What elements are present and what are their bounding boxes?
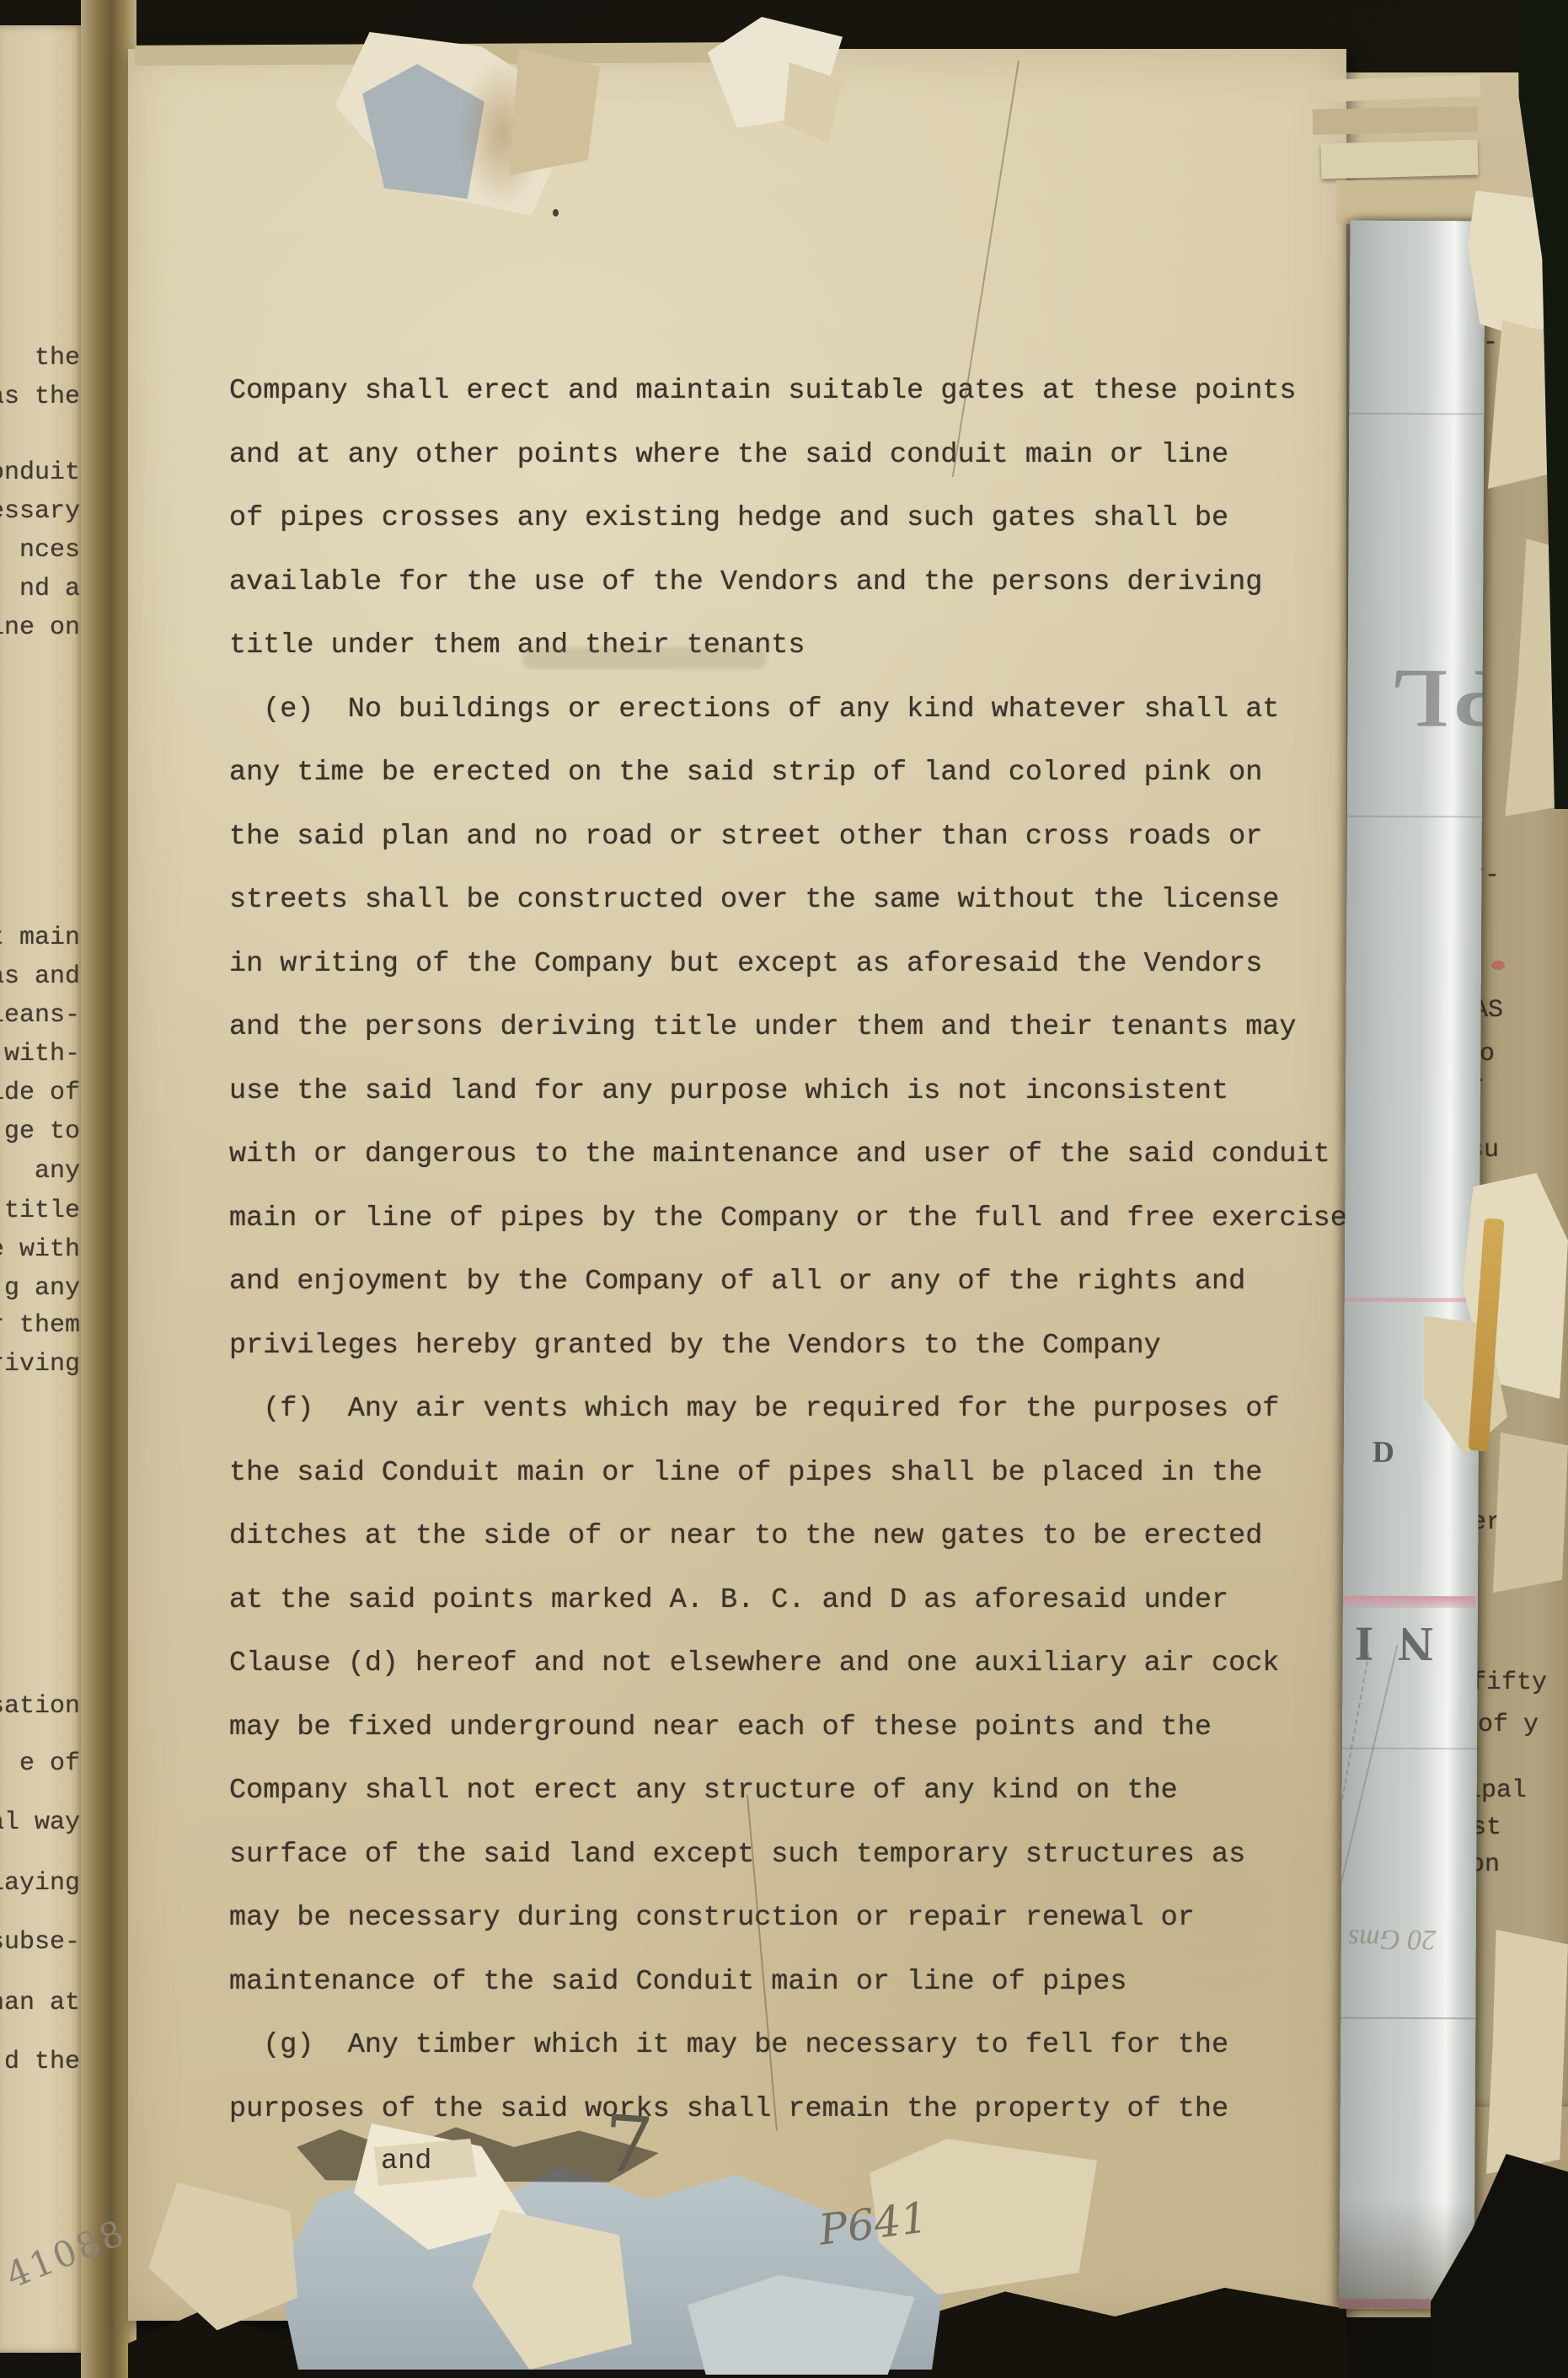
typed-line-clause-g: (g) Any timber which it may be necessary…: [229, 2014, 1358, 2078]
typed-line: Clause (d) hereof and not elsewhere and …: [229, 1632, 1358, 1696]
right-edge-text-fragment: o: [1480, 1040, 1495, 1068]
torn-line-remnant-text: and: [381, 2145, 431, 2177]
plan-ghost-letters: PL: [1384, 651, 1485, 748]
typed-line: and at any other points where the said c…: [229, 424, 1358, 488]
typed-line: ditches at the side of or near to the ne…: [229, 1505, 1358, 1569]
left-edge-text-fragment: ge to: [4, 1117, 80, 1146]
typed-line: main or line of pipes by the Company or …: [229, 1187, 1358, 1251]
left-edge-text-fragment: sation: [0, 1692, 80, 1721]
stacked-page-edge: [1336, 180, 1481, 224]
typed-line: and enjoyment by the Company of all or a…: [229, 1251, 1358, 1315]
left-edge-text-fragment: r laying: [0, 1869, 80, 1898]
typed-line: maintenance of the said Conduit main or …: [229, 1951, 1358, 2015]
typed-line: in writing of the Company but except as …: [229, 933, 1358, 997]
torn-paper-flap: [1493, 1433, 1568, 1593]
typed-line: the said Conduit main or line of pipes s…: [229, 1442, 1358, 1506]
typed-line: the said plan and no road or street othe…: [229, 806, 1358, 870]
crease-line: [1342, 1748, 1477, 1750]
crease-line: [1341, 2017, 1475, 2020]
typed-line: may be fixed underground near each of th…: [229, 1696, 1358, 1760]
left-edge-text-fragment: g title: [0, 1197, 80, 1225]
crease-line: [1349, 413, 1484, 415]
previous-page-edge: the as the onduit cessary nces nd a ine …: [0, 25, 84, 2353]
left-edge-text-fragment: ide of: [0, 1079, 80, 1107]
folded-plan-strip: PL D N I 20 Gms: [1340, 221, 1485, 2310]
left-edge-text-fragment: it main: [0, 924, 80, 952]
left-edge-text-fragment: deriving: [0, 1350, 80, 1379]
left-edge-text-fragment: g any: [4, 1274, 80, 1303]
right-edge-text-fragment: fifty: [1471, 1668, 1547, 1697]
left-edge-text-fragment: n cleans-: [0, 1001, 80, 1030]
typed-line: available for the use of the Vendors and…: [229, 551, 1358, 615]
red-smudge: [1491, 961, 1505, 970]
typed-line: privileges hereby granted by the Vendors…: [229, 1315, 1358, 1379]
left-edge-text-fragment: ine on: [0, 613, 80, 642]
left-edge-text-fragment: as the: [0, 383, 80, 411]
plan-letter: D: [1373, 1434, 1394, 1470]
typed-line: any time be erected on the said strip of…: [229, 742, 1358, 806]
left-edge-text-fragment: and with-: [0, 1040, 80, 1068]
right-edge-text-fragment: of y: [1478, 1711, 1539, 1739]
typed-line: of pipes crosses any existing hedge and …: [229, 487, 1358, 551]
typed-line-clause-f: (f) Any air vents which may be required …: [229, 1378, 1358, 1442]
left-edge-text-fragment: e as and: [0, 962, 80, 991]
typed-line: at the said points marked A. B. C. and D…: [229, 1569, 1358, 1633]
left-edge-text-fragment: e of: [19, 1749, 80, 1778]
left-edge-text-fragment: any: [35, 1157, 80, 1186]
left-edge-text-fragment: than at: [0, 1989, 80, 2017]
left-edge-text-fragment: d the: [4, 2048, 80, 2076]
typed-line: Company shall erect and maintain suitabl…: [229, 360, 1358, 424]
typed-line: Company shall not erect any structure of…: [229, 1759, 1358, 1824]
typed-line: streets shall be constructed over the sa…: [229, 869, 1358, 933]
typed-line: may be necessary during construction or …: [229, 1887, 1358, 1951]
typed-line-clause-e: (e) No buildings or erections of any kin…: [229, 678, 1358, 742]
pink-line: [1345, 1298, 1480, 1303]
left-edge-text-fragment: cessary: [0, 497, 80, 526]
stacked-page-edge: [1313, 106, 1478, 134]
left-edge-text-fragment: al way: [0, 1808, 80, 1837]
left-edge-text-fragment: nces: [19, 536, 80, 565]
crease-line: [1347, 816, 1482, 818]
torn-paper-flap: [1486, 1930, 1568, 2174]
typed-line: use the said land for any purpose which …: [229, 1060, 1358, 1124]
typed-text-block: Company shall erect and maintain suitabl…: [229, 360, 1358, 2141]
left-edge-text-fragment: der them: [0, 1311, 80, 1340]
typed-line: surface of the said land except such tem…: [229, 1824, 1358, 1888]
left-edge-text-fragment: e with: [0, 1235, 80, 1264]
left-edge-text-fragment: the: [35, 344, 80, 372]
erased-text-smudge: [522, 647, 767, 669]
left-edge-text-fragment: ts subse-: [0, 1928, 80, 1957]
plan-handwriting: 20 Gms: [1348, 1923, 1437, 1956]
stacked-page-edge: [1320, 140, 1478, 179]
scanned-document-photo: the as the onduit cessary nces nd a ine …: [0, 0, 1568, 2378]
left-edge-text-fragment: onduit: [0, 458, 80, 487]
pink-line: [1343, 1596, 1476, 1609]
left-edge-text-fragment: nd a: [19, 575, 80, 603]
ink-spot: [553, 209, 559, 217]
typed-line: with or dangerous to the maintenance and…: [229, 1123, 1358, 1187]
handwritten-page-number: 7: [600, 2098, 656, 2192]
typed-line: title under them and their tenants: [229, 614, 1358, 678]
typed-line: and the persons deriving title under the…: [229, 996, 1358, 1060]
